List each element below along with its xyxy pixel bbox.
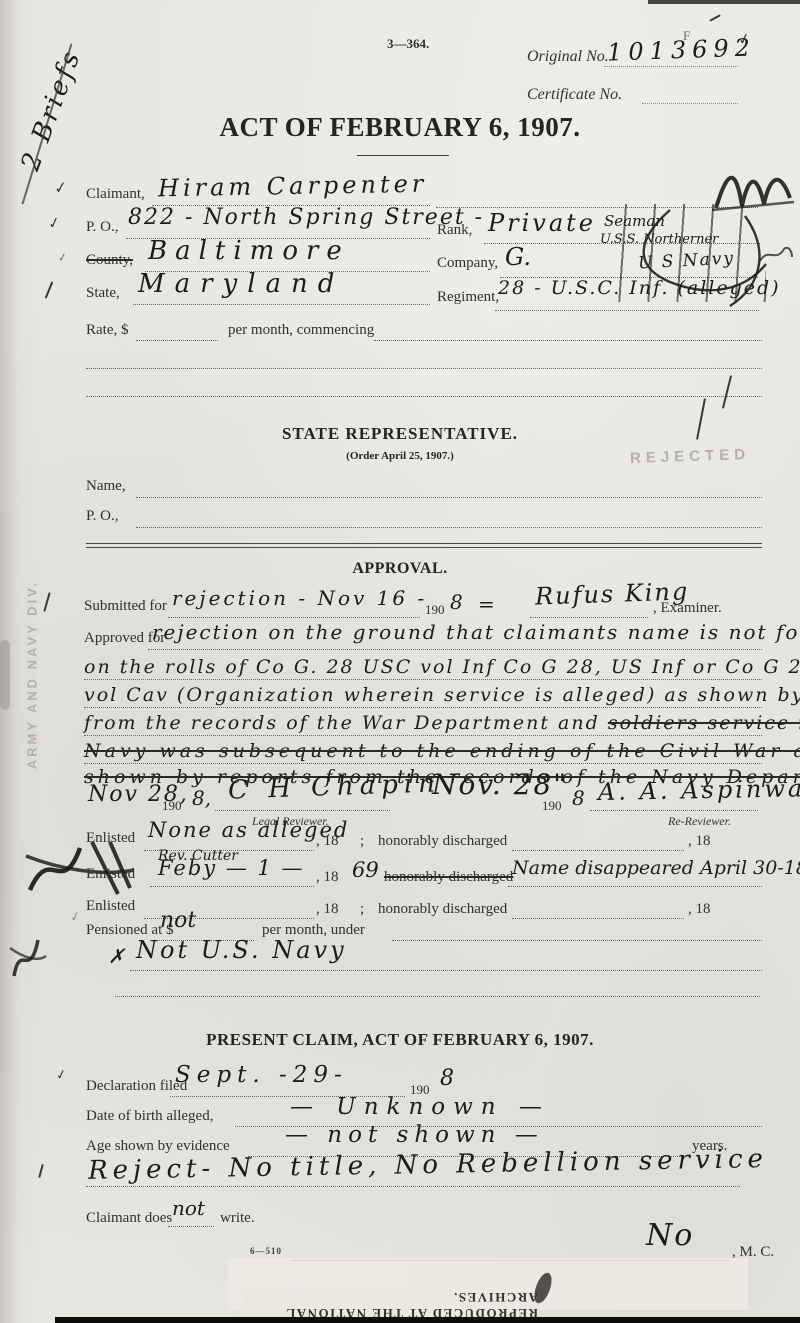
dotted-line	[150, 886, 314, 887]
pen-tick-mark	[45, 281, 54, 298]
declaration-year: 8	[440, 1066, 454, 1091]
title-rule	[357, 155, 449, 156]
writes-value: not	[172, 1196, 205, 1220]
semicolon: ;	[360, 833, 364, 850]
approval-line1: on the rolls of Co G. 28 USC vol Inf Co …	[84, 656, 800, 678]
discharged-label: honorably discharged	[378, 833, 507, 850]
dotted-line	[512, 918, 684, 919]
dotted-line	[136, 497, 762, 498]
declaration-label: Declaration filed	[86, 1078, 187, 1095]
original-no-label: Original No.	[527, 48, 609, 66]
enlisted2-year: 69	[352, 858, 379, 882]
dotted-line	[148, 649, 762, 650]
state-rep-heading: STATE REPRESENTATIVE.	[0, 424, 800, 444]
dotted-line	[392, 940, 762, 941]
writes-label-pre: Claimant does	[86, 1210, 172, 1227]
rep-po-label: P. O.,	[86, 508, 119, 525]
rejected-stamp: REJECTED	[630, 446, 751, 467]
submitted-value: rejection - Nov 16 -	[172, 586, 427, 610]
age-label: Age shown by evidence	[86, 1138, 230, 1155]
pension-form-document: 2 Briefs 3—364. F ✓ Original No. 1013692…	[0, 0, 800, 1323]
regiment-label: Regiment,	[437, 289, 499, 306]
age-value: — not shown —	[285, 1122, 544, 1148]
legal-reviewer-signature: C H Chapin	[228, 768, 442, 805]
dotted-line	[130, 970, 762, 971]
enlisted2-discharged-note: Name disappeared April 30-1870.	[512, 857, 800, 879]
year-18: , 18	[316, 901, 339, 918]
dotted-line	[508, 886, 762, 887]
dotted-line	[136, 340, 218, 341]
year-prefix: 190	[542, 798, 562, 814]
equals-mark: =	[478, 592, 495, 616]
approval-line2: vol Cav (Organization wherein service is…	[84, 684, 800, 706]
dotted-line	[530, 617, 648, 618]
army-navy-division-stamp: ARMY AND NAVY DIV.	[25, 580, 40, 770]
ink-scribble	[758, 243, 794, 269]
ink-scribble	[6, 932, 48, 984]
claimant-label: Claimant,	[86, 186, 145, 203]
dotted-line	[374, 340, 762, 341]
year-prefix: 190	[425, 602, 445, 618]
semicolon: ;	[360, 901, 364, 918]
check-mark: ✓	[46, 213, 63, 234]
approval-heading: APPROVAL.	[0, 560, 800, 578]
section-divider	[86, 543, 762, 548]
submitted-label: Submitted for	[84, 598, 167, 615]
county-label: County,	[86, 252, 133, 269]
navy-x-mark: ✗	[108, 944, 125, 968]
approval-line3a: from the records of the War Department a…	[84, 712, 600, 734]
submitted-year: 8	[450, 590, 463, 614]
approved-value: rejection on the ground that claimants n…	[152, 620, 800, 644]
enlisted2-value: Feby — 1 —	[158, 856, 305, 880]
navy-note: Not U.S. Navy	[136, 936, 347, 964]
year-18: , 18	[316, 833, 339, 850]
re-reviewer-label: Re-Reviewer.	[668, 814, 731, 829]
rep-name-label: Name,	[86, 478, 126, 495]
po-value: 822 - North Spring Street -	[128, 205, 484, 230]
dotted-line	[133, 304, 430, 305]
pen-tick-mark	[722, 375, 732, 408]
original-no-value: 1013692	[607, 33, 757, 66]
dotted-line	[642, 103, 738, 104]
dob-value: — Unknown —	[290, 1094, 550, 1120]
form-number: 3—364.	[387, 36, 429, 52]
check-mark: ✓	[68, 909, 82, 926]
re-review-year: 8	[572, 786, 585, 810]
re-reviewer-signature: A. A. Aspinwall	[598, 774, 800, 806]
po-label: P. O.,	[86, 219, 119, 236]
dob-label: Date of birth alleged,	[86, 1108, 213, 1125]
per-month-label: per month, commencing	[228, 322, 374, 339]
scan-smudge	[0, 640, 10, 710]
rate-label: Rate, $	[86, 322, 129, 339]
dotted-line	[86, 396, 762, 397]
check-mark: ✓	[57, 250, 68, 264]
page-title: ACT OF FEBRUARY 6, 1907.	[0, 112, 800, 143]
check-mark: ✓	[53, 177, 69, 198]
year-18: , 18	[316, 869, 339, 886]
scan-edge-top	[648, 0, 800, 4]
dotted-line	[168, 617, 420, 618]
state-value: Maryland	[138, 269, 344, 299]
state-label: State,	[86, 285, 120, 302]
writes-label-post: write.	[220, 1210, 255, 1227]
rank-label: Rank,	[437, 222, 472, 239]
approval-line4-struck: Navy was subsequent to the ending of the…	[84, 740, 800, 762]
pen-tick-mark	[709, 14, 721, 21]
footer-no-value: No	[646, 1218, 694, 1253]
year-18: , 18	[688, 901, 711, 918]
dotted-line	[115, 996, 760, 997]
footer-form-number: 6—510	[250, 1246, 282, 1256]
dotted-line	[84, 679, 762, 680]
dotted-line	[86, 1186, 740, 1187]
company-label: Company,	[437, 255, 498, 272]
dotted-line	[215, 810, 390, 811]
dotted-line	[168, 1226, 214, 1227]
pen-tick-mark	[38, 1164, 44, 1178]
legal-review-year: 8,	[192, 786, 211, 810]
dotted-line	[590, 810, 758, 811]
enlisted-label: Enlisted	[86, 898, 135, 915]
check-mark: ✓	[55, 1067, 69, 1084]
pensioned-value: not	[160, 908, 196, 933]
dotted-line	[86, 368, 762, 369]
dotted-line	[84, 735, 762, 736]
examiner-label: , Examiner.	[653, 600, 722, 617]
declaration-value: Sept. -29-	[175, 1062, 348, 1088]
certificate-no-label: Certificate No.	[527, 86, 622, 104]
pen-tick-mark	[43, 592, 50, 612]
ink-scribble	[710, 158, 798, 216]
dotted-line	[84, 707, 762, 708]
dotted-line	[512, 850, 684, 851]
dotted-line	[604, 66, 738, 67]
present-claim-heading: PRESENT CLAIM, ACT OF FEBRUARY 6, 1907.	[0, 1030, 800, 1050]
scan-edge-bottom	[55, 1317, 800, 1323]
discharged-label-struck: honorably discharged	[384, 869, 513, 886]
enlisted-label: Enlisted	[86, 866, 135, 883]
year-18: , 18	[688, 833, 711, 850]
year-prefix: 190	[162, 798, 182, 814]
dotted-line	[136, 527, 762, 528]
discharged-label: honorably discharged	[378, 901, 507, 918]
approval-line3: from the records of the War Department a…	[84, 712, 800, 734]
re-review-date: Nov. 28"	[432, 768, 568, 801]
dotted-line	[84, 763, 762, 764]
approval-line3b-struck: soldiers service in the US	[608, 712, 800, 734]
claimant-value: Hiram Carpenter	[158, 170, 428, 203]
national-archives-stamp: REPRODUCED AT THE NATIONAL ARCHIVES.	[243, 1292, 538, 1318]
county-value: Baltimore	[148, 236, 350, 266]
